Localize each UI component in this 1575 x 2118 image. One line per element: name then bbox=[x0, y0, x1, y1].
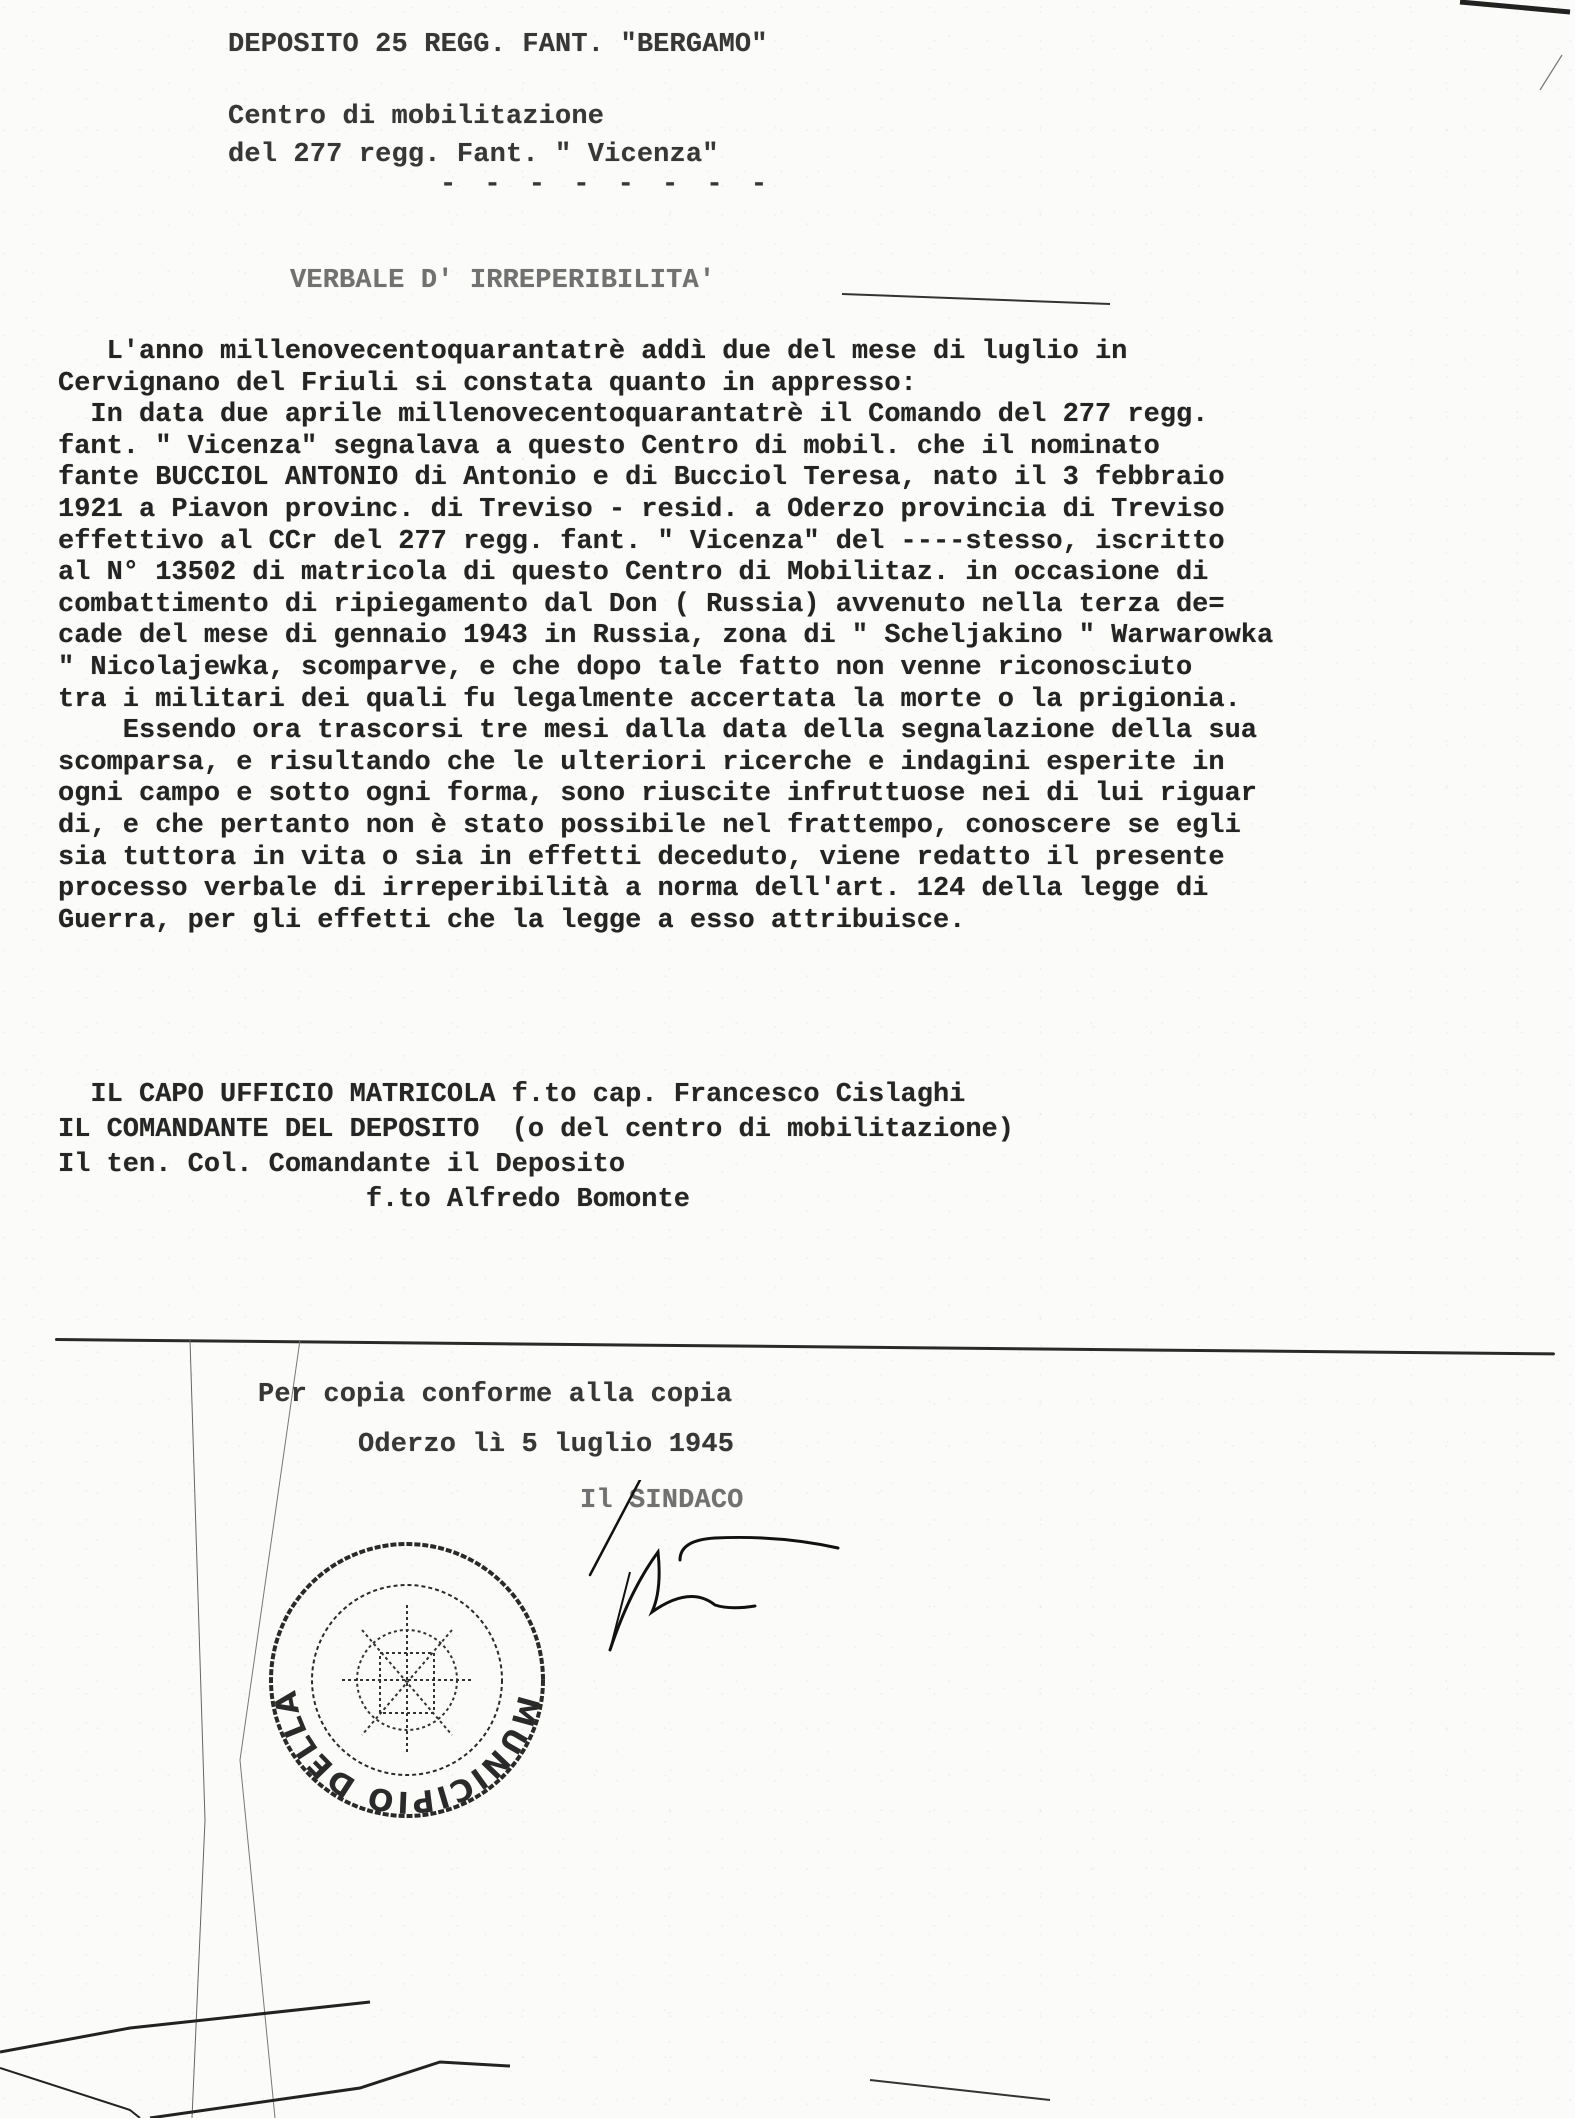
place-and-date: Oderzo lì 5 luglio 1945 bbox=[358, 1430, 734, 1462]
header-depot: DEPOSITO 25 REGG. FANT. "BERGAMO" bbox=[228, 30, 768, 62]
mayor-signature bbox=[540, 1480, 870, 1690]
signature-text-line: IL COMANDANTE DEL DEPOSITO (o del centro… bbox=[58, 1113, 1014, 1148]
scan-artifact-bottom bbox=[0, 1990, 1100, 2118]
body-text-line: ogni campo e sotto ogni forma, sono rius… bbox=[58, 779, 1575, 811]
body-text-line: processo verbale di irreperibilità a nor… bbox=[58, 874, 1575, 906]
coat-of-arms-icon bbox=[342, 1605, 472, 1755]
body-text-line: In data due aprile millenovecentoquarant… bbox=[58, 400, 1575, 432]
body-text-line: al N° 13502 di matricola di questo Centr… bbox=[58, 558, 1575, 590]
header-center: Centro di mobilitazione bbox=[228, 102, 604, 134]
copy-conformity-statement: Per copia conforme alla copia bbox=[258, 1380, 732, 1412]
body-text-line: fante BUCCIOL ANTONIO di Antonio e di Bu… bbox=[58, 463, 1575, 495]
municipal-stamp: MUNICIPIO DELLA CITTÀ DI ODERZO bbox=[262, 1535, 552, 1825]
body-text-line: tra i militari dei quali fu legalmente a… bbox=[58, 685, 1575, 717]
header-regiment: del 277 regg. Fant. " Vicenza" bbox=[228, 140, 719, 172]
scan-artifact-top-right bbox=[1440, 0, 1575, 110]
signature-text-line: IL CAPO UFFICIO MATRICOLA f.to cap. Fran… bbox=[58, 1078, 1014, 1113]
body-text-line: Guerra, per gli effetti che la legge a e… bbox=[58, 906, 1575, 938]
body-text-line: effettivo al CCr del 277 regg. fant. " V… bbox=[58, 527, 1575, 559]
body-text-line: fant. " Vicenza" segnalava a questo Cent… bbox=[58, 432, 1575, 464]
header-separator: - - - - - - - - bbox=[440, 170, 773, 202]
signature-text-line: f.to Alfredo Bomonte bbox=[58, 1183, 1014, 1218]
body-text-line: " Nicolajewka, scomparve, e che dopo tal… bbox=[58, 653, 1575, 685]
body-text-line: L'anno millenovecentoquarantatrè addì du… bbox=[58, 337, 1575, 369]
body-text-line: 1921 a Piavon provinc. di Treviso - resi… bbox=[58, 495, 1575, 527]
title-underline-mark bbox=[840, 290, 1120, 310]
body-text-line: di, e che pertanto non è stato possibile… bbox=[58, 811, 1575, 843]
document-page: DEPOSITO 25 REGG. FANT. "BERGAMO" Centro… bbox=[0, 0, 1575, 2118]
signature-block: IL CAPO UFFICIO MATRICOLA f.to cap. Fran… bbox=[58, 1078, 1014, 1218]
signature-text-line: Il ten. Col. Comandante il Deposito bbox=[58, 1148, 1014, 1183]
body-text-line: sia tuttora in vita o sia in effetti dec… bbox=[58, 843, 1575, 875]
body-text-line: combattimento di ripiegamento dal Don ( … bbox=[58, 590, 1575, 622]
document-title: VERBALE D' IRREPERIBILITA' bbox=[290, 266, 715, 298]
body-text-line: scomparsa, e risultando che le ulteriori… bbox=[58, 748, 1575, 780]
body-text-line: Essendo ora trascorsi tre mesi dalla dat… bbox=[58, 716, 1575, 748]
report-body: L'anno millenovecentoquarantatrè addì du… bbox=[58, 337, 1575, 937]
body-text-line: cade del mese di gennaio 1943 in Russia,… bbox=[58, 621, 1575, 653]
body-text-line: Cervignano del Friuli si constata quanto… bbox=[58, 369, 1575, 401]
